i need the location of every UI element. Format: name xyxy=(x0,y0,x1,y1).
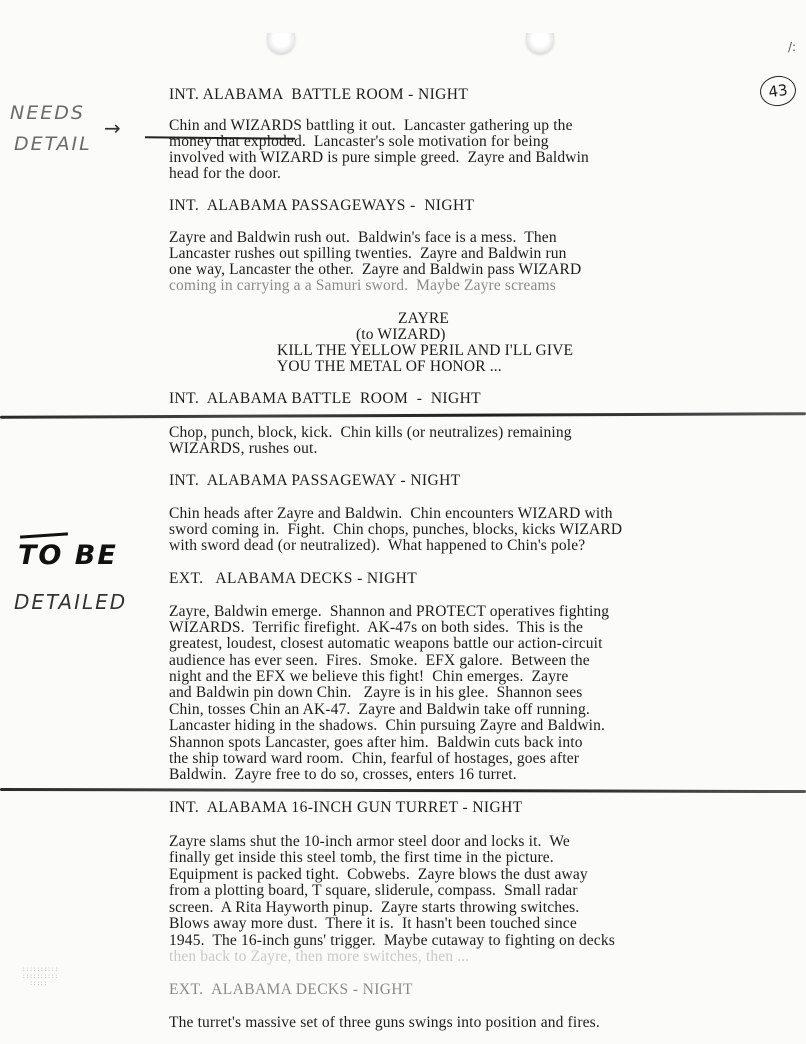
scene-heading: INT. ALABAMA BATTLE ROOM - NIGHT xyxy=(169,87,468,104)
scene-heading: INT. ALABAMA BATTLE ROOM - NIGHT xyxy=(169,391,481,408)
scan-artifact: :::::::::::::::::::: ::::: xyxy=(22,966,58,987)
cut-line xyxy=(0,412,806,419)
circled-page-number: 43 xyxy=(758,74,798,109)
cut-line xyxy=(0,788,806,793)
action-line: The turret's massive set of three guns s… xyxy=(169,1015,600,1032)
action-line: greatest, loudest, closest automatic wea… xyxy=(169,636,603,653)
handwritten-bar xyxy=(20,532,68,538)
scene-heading: INT. ALABAMA PASSAGEWAYS - NIGHT xyxy=(169,198,474,215)
punch-hole xyxy=(267,33,295,53)
action-line: Lancaster hiding in the shadows. Chin pu… xyxy=(169,718,605,735)
action-line: coming in carrying a a Samuri sword. May… xyxy=(169,278,556,295)
scene-heading: INT. ALABAMA 16-INCH GUN TURRET - NIGHT xyxy=(169,800,523,817)
script-page: /: 43 NEEDS DETAIL → TO BE DETAILED ::::… xyxy=(0,0,806,1044)
margin-note-detail: DETAIL xyxy=(14,133,92,155)
margin-note-to-be: TO BE xyxy=(18,540,118,571)
scene-heading: INT. ALABAMA PASSAGEWAY - NIGHT xyxy=(169,473,461,490)
action-line: finally get inside this steel tomb, the … xyxy=(169,850,554,867)
action-line: and Baldwin pin down Chin. Zayre is in h… xyxy=(169,685,582,702)
action-line: from a plotting board, T square, slideru… xyxy=(169,883,578,900)
action-line: Baldwin. Zayre free to do so, crosses, e… xyxy=(169,767,517,784)
arrow-icon: → xyxy=(104,116,121,140)
scene-heading: EXT. ALABAMA DECKS - NIGHT xyxy=(169,982,413,999)
scene-heading: EXT. ALABAMA DECKS - NIGHT xyxy=(169,571,417,588)
action-line: with sword dead (or neutralized). What h… xyxy=(169,538,585,555)
action-line: WIZARDS, rushes out. xyxy=(169,441,318,458)
dialogue-line: YOU THE METAL OF HONOR ... xyxy=(277,359,502,376)
action-line: then back to Zayre, then more switches, … xyxy=(169,949,469,966)
margin-note-detailed: DETAILED xyxy=(14,590,127,614)
action-line: Blows away more dust. There it is. It ha… xyxy=(169,916,577,933)
punch-hole xyxy=(526,33,554,53)
action-line: head for the door. xyxy=(169,166,281,183)
margin-note-needs: NEEDS xyxy=(10,102,85,124)
corner-mark: /: xyxy=(788,40,796,54)
